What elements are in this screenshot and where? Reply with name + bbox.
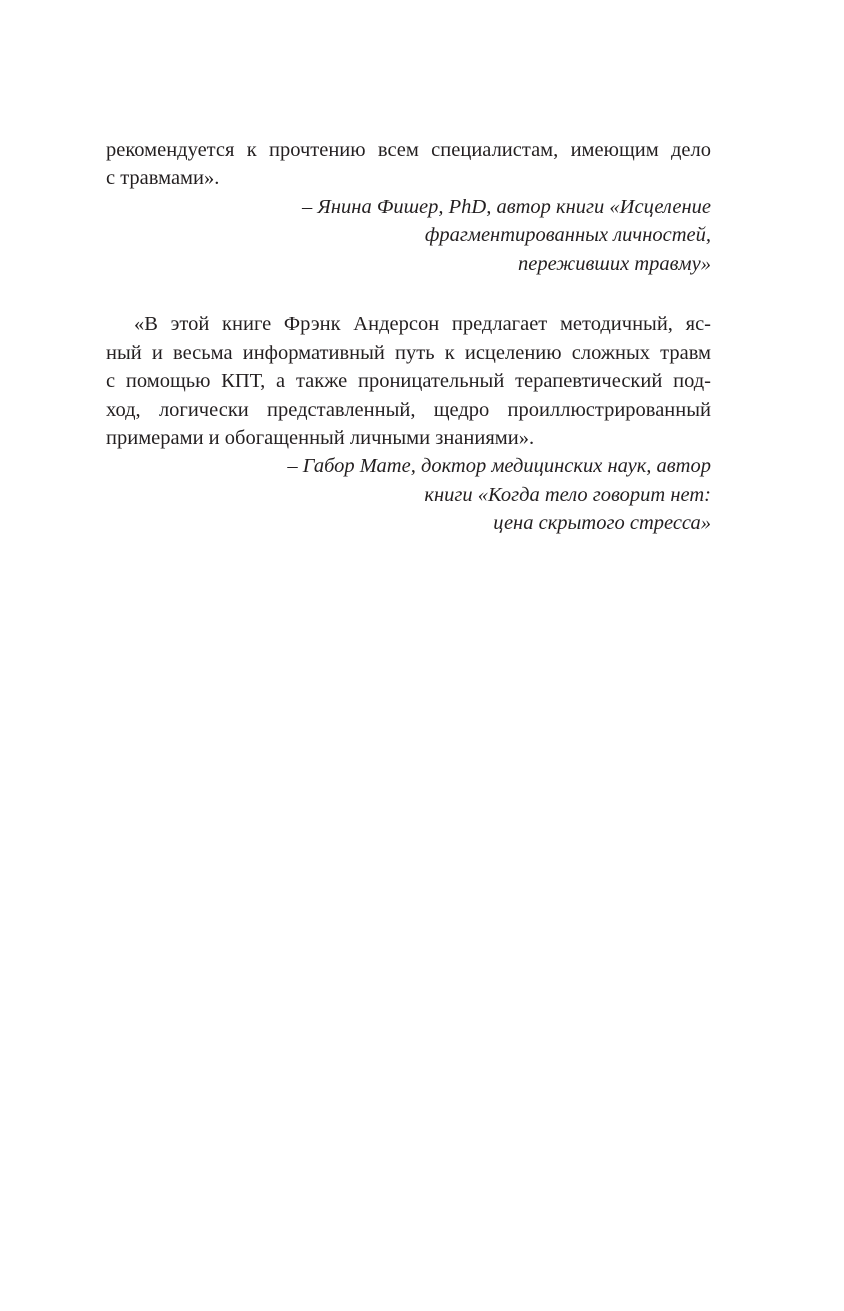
quote-attribution: – Янина Фишер, PhD, автор книги «Исцелен…	[106, 193, 711, 278]
quote-attribution: – Габор Мате, доктор медицинских наук, а…	[106, 452, 711, 537]
attribution-line: переживших травму»	[106, 250, 711, 278]
quote-text: «В этой книге Фрэнк Андерсон предлагает …	[106, 310, 711, 452]
quote-text: рекомендуется к прочтению всем специалис…	[106, 136, 711, 193]
quote-line: с травмами».	[106, 164, 711, 192]
attribution-line: фрагментированных личностей,	[106, 221, 711, 249]
block-spacer	[106, 278, 711, 311]
attribution-line: – Габор Мате, доктор медицинских наук, а…	[106, 452, 711, 480]
quote-line: ный и весьма информативный путь к исцеле…	[106, 339, 711, 367]
attribution-line: – Янина Фишер, PhD, автор книги «Исцелен…	[106, 193, 711, 221]
attribution-line: цена скрытого стресса»	[106, 509, 711, 537]
endorsement-quote-1: рекомендуется к прочтению всем специалис…	[106, 136, 711, 278]
quote-line: «В этой книге Фрэнк Андерсон предлагает …	[106, 310, 711, 338]
quote-line: с помощью КПТ, а также проницательный те…	[106, 367, 711, 395]
quote-line: примерами и обогащенный личными знаниями…	[106, 424, 711, 452]
quote-line: ход, логически представленный, щедро про…	[106, 396, 711, 424]
book-page: рекомендуется к прочтению всем специалис…	[106, 136, 711, 538]
endorsement-quote-2: «В этой книге Фрэнк Андерсон предлагает …	[106, 310, 711, 537]
quote-line: рекомендуется к прочтению всем специалис…	[106, 136, 711, 164]
attribution-line: книги «Когда тело говорит нет:	[106, 481, 711, 509]
